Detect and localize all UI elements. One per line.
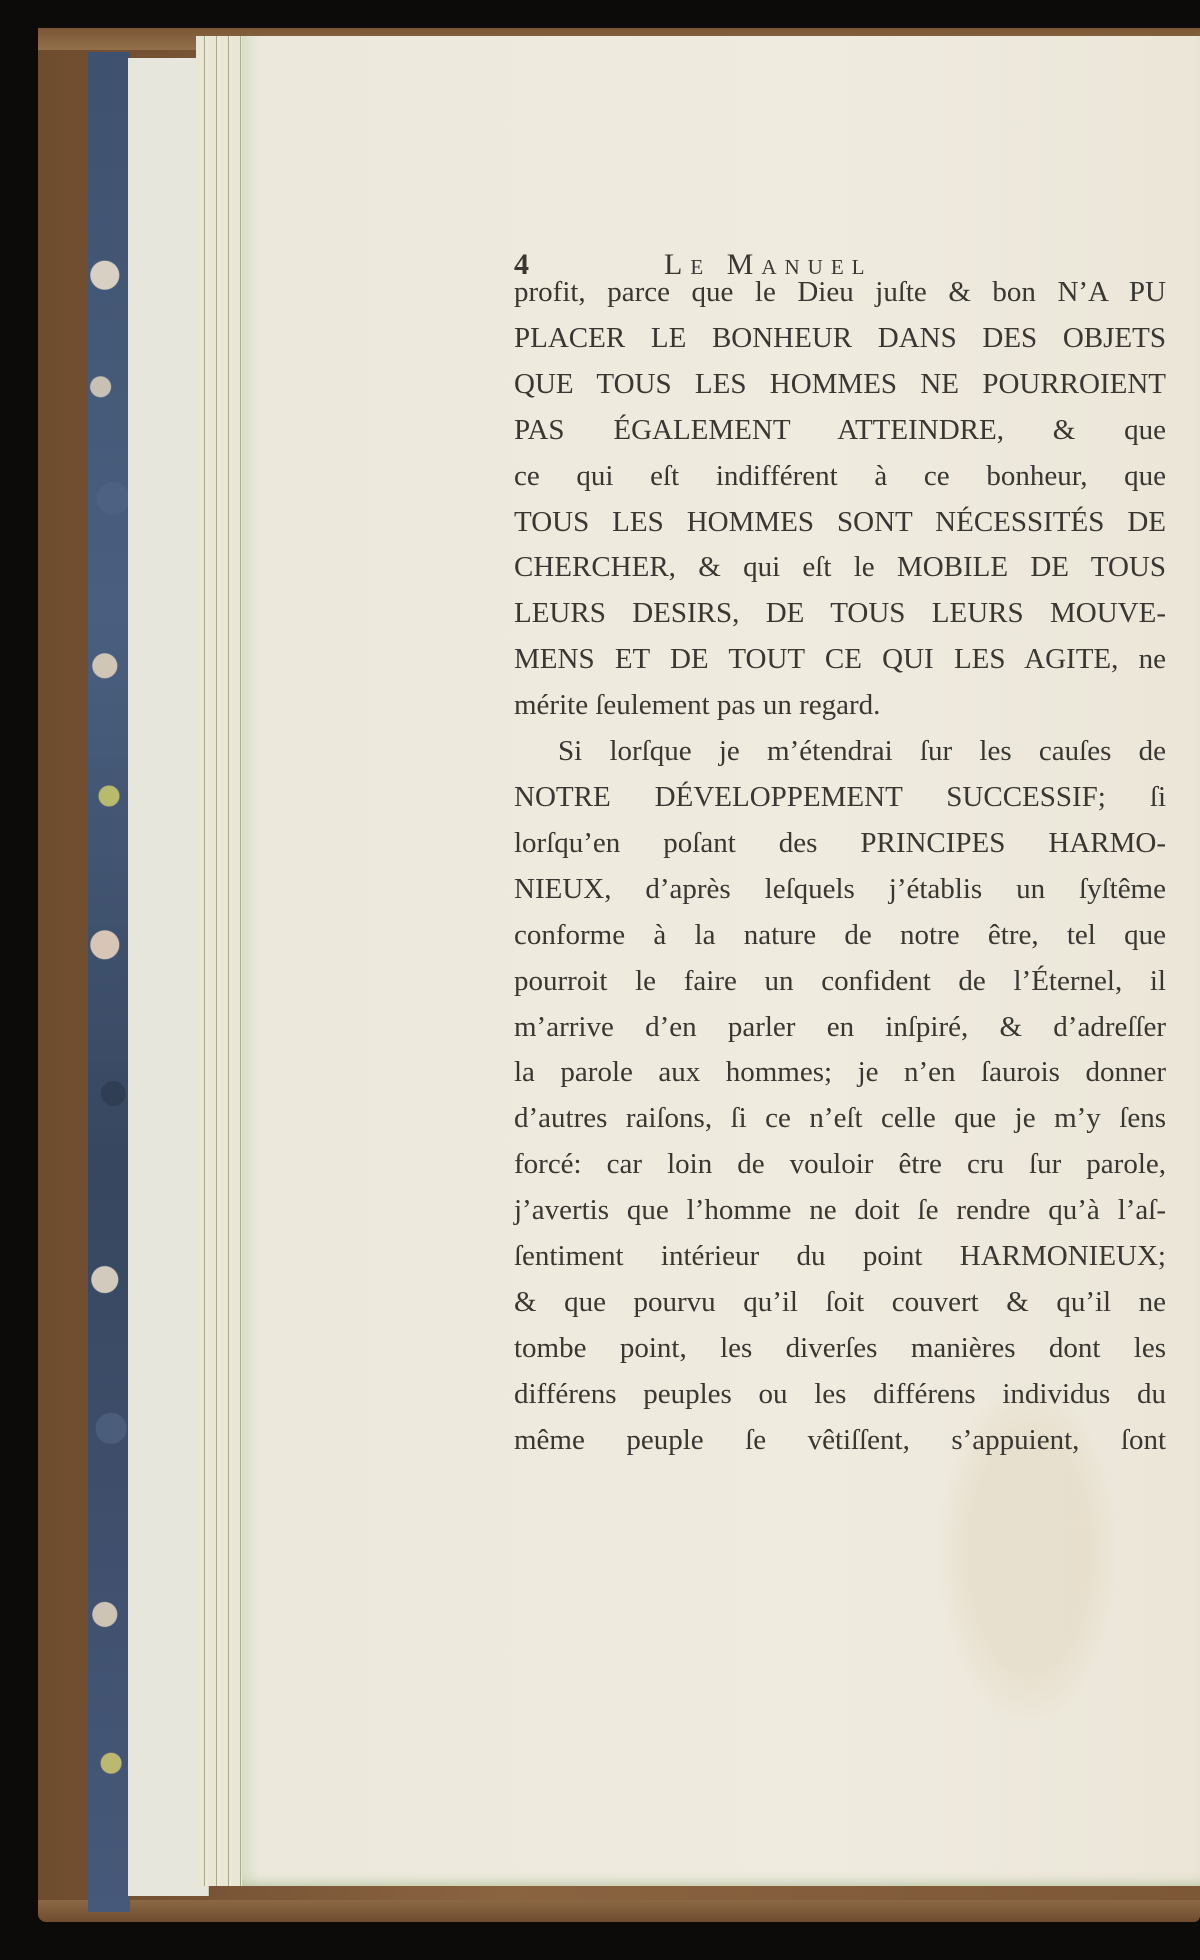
text-line: MENS ET DE TOUT CE QUI LES AGITE, ne <box>514 637 1166 683</box>
page-edges <box>196 36 248 1886</box>
text-line: LEURS DESIRS, DE TOUS LEURS MOUVE- <box>514 591 1166 637</box>
text-line: CHERCHER, & qui eſt le MOBILE DE TOUS <box>514 545 1166 591</box>
text-line: différens peuples ou les différens indiv… <box>514 1372 1166 1418</box>
text-line: d’autres raiſons, ſi ce n’eſt celle que … <box>514 1096 1166 1142</box>
text-line: la parole aux hommes; je n’en ſaurois do… <box>514 1050 1166 1096</box>
text-line: j’avertis que l’homme ne doit ſe rendre … <box>514 1188 1166 1234</box>
text-line: TOUS LES HOMMES SONT NÉCESSITÉS DE <box>514 500 1166 546</box>
text-line: ſentiment intérieur du point HARMONIEUX; <box>514 1234 1166 1280</box>
text-line: mérite ſeulement pas un regard. <box>514 683 1166 729</box>
cover-bottom-edge <box>38 1900 1200 1922</box>
text-line: & que pourvu qu’il ſoit couvert & qu’il … <box>514 1280 1166 1326</box>
text-line: pourroit le faire un confident de l’Éter… <box>514 959 1166 1005</box>
text-line: Si lorſque je m’étendrai ſur les cauſes … <box>514 729 1166 775</box>
text-line: profit, parce que le Dieu juſte & bon N’… <box>514 270 1166 316</box>
text-line: PLACER LE BONHEUR DANS DES OBJETS <box>514 316 1166 362</box>
text-line: lorſqu’en poſant des PRINCIPES HARMO- <box>514 821 1166 867</box>
text-line: même peuple ſe vêtiſſent, s’appuient, ſo… <box>514 1418 1166 1464</box>
text-line: NOTRE DÉVELOPPEMENT SUCCESSIF; ſi <box>514 775 1166 821</box>
text-line: QUE TOUS LES HOMMES NE POURROIENT <box>514 362 1166 408</box>
text-line: tombe point, les diverſes manières dont … <box>514 1326 1166 1372</box>
text-line: forcé: car loin de vouloir être cru ſur … <box>514 1142 1166 1188</box>
text-line: PAS ÉGALEMENT ATTEINDRE, & que <box>514 408 1166 454</box>
marbled-endpaper <box>88 52 130 1912</box>
text-line: m’arrive d’en parler en inſpiré, & d’adr… <box>514 1005 1166 1051</box>
text-line: ce qui eſt indifférent à ce bonheur, que <box>514 454 1166 500</box>
text-line: NIEUX, d’après leſquels j’établis un ſyſ… <box>514 867 1166 913</box>
text-line: conforme à la nature de notre être, tel … <box>514 913 1166 959</box>
body-text: profit, parce que le Dieu juſte & bon N’… <box>514 270 1166 1464</box>
